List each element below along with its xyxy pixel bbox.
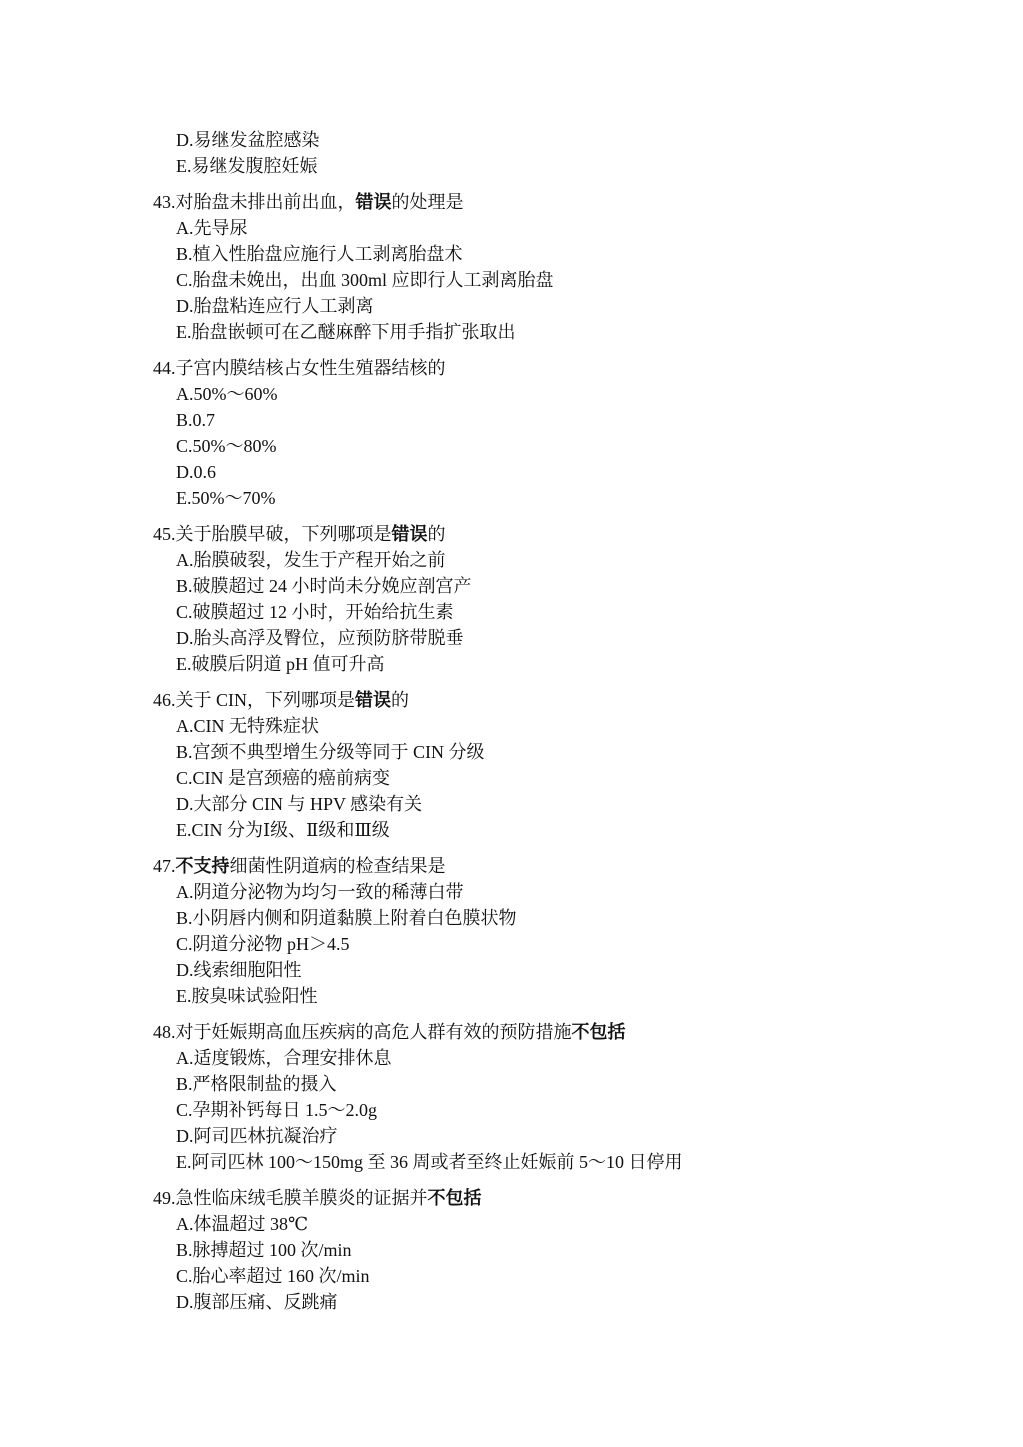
option-label: E. <box>176 820 192 840</box>
option-line: B.小阴唇内侧和阴道黏膜上附着白色膜状物 <box>153 905 913 931</box>
option-line: E.破膜后阴道 pH 值可升高 <box>153 651 913 677</box>
option-text: 体温超过 38℃ <box>194 1214 309 1234</box>
option-line: C.破膜超过 12 小时，开始给抗生素 <box>153 599 913 625</box>
question-block-48: 48.对于妊娠期高血压疾病的高危人群有效的预防措施不包括 A.适度锻炼，合理安排… <box>153 1019 913 1175</box>
option-text: 胎头高浮及臀位，应预防脐带脱垂 <box>194 628 464 648</box>
option-line: B.宫颈不典型增生分级等同于 CIN 分级 <box>153 739 913 765</box>
option-label: A. <box>176 1214 194 1234</box>
question-stem: 49.急性临床绒毛膜羊膜炎的证据并不包括 <box>153 1185 913 1211</box>
option-label: A. <box>176 1048 194 1068</box>
question-stem: 45.关于胎膜早破，下列哪项是错误的 <box>153 521 913 547</box>
option-line: B.脉搏超过 100 次/min <box>153 1237 913 1263</box>
option-line: A.50%～60% <box>153 381 913 407</box>
question-stem: 43.对胎盘未排出前出血，错误的处理是 <box>153 189 913 215</box>
option-line: D.腹部压痛、反跳痛 <box>153 1289 913 1315</box>
stem-bold-text: 不包括 <box>428 1188 482 1208</box>
option-label: A. <box>176 218 194 238</box>
option-label: D. <box>176 462 194 482</box>
option-line: C.胎盘未娩出，出血 300ml 应即行人工剥离胎盘 <box>153 267 913 293</box>
option-label: B. <box>176 244 193 264</box>
question-block-43: 43.对胎盘未排出前出血，错误的处理是 A.先导尿 B.植入性胎盘应施行人工剥离… <box>153 189 913 345</box>
option-text: 破膜超过 12 小时，开始给抗生素 <box>193 602 454 622</box>
option-line: B.植入性胎盘应施行人工剥离胎盘术 <box>153 241 913 267</box>
option-text: 腹部压痛、反跳痛 <box>194 1292 338 1312</box>
stem-text: 关于胎膜早破，下列哪项是 <box>176 524 392 544</box>
option-line: B.严格限制盐的摄入 <box>153 1071 913 1097</box>
option-text: 胎心率超过 160 次/min <box>193 1266 370 1286</box>
option-line: D.阿司匹林抗凝治疗 <box>153 1123 913 1149</box>
option-text: 破膜超过 24 小时尚未分娩应剖宫产 <box>193 576 472 596</box>
option-line: D.大部分 CIN 与 HPV 感染有关 <box>153 791 913 817</box>
stem-text: 子宫内膜结核占女性生殖器结核的 <box>176 358 446 378</box>
question-stem: 48.对于妊娠期高血压疾病的高危人群有效的预防措施不包括 <box>153 1019 913 1045</box>
option-label: E. <box>176 986 192 1006</box>
option-label: C. <box>176 270 193 290</box>
option-text: 破膜后阴道 pH 值可升高 <box>192 654 385 674</box>
option-line: C.胎心率超过 160 次/min <box>153 1263 913 1289</box>
option-label: C. <box>176 436 193 456</box>
option-label: E. <box>176 488 192 508</box>
stem-bold-text: 不支持 <box>176 856 230 876</box>
option-text: CIN 无特殊症状 <box>194 716 320 736</box>
option-label: E. <box>176 1152 192 1172</box>
option-line: A.胎膜破裂，发生于产程开始之前 <box>153 547 913 573</box>
option-label: D. <box>176 794 194 814</box>
question-number: 47. <box>153 856 176 876</box>
option-label: A. <box>176 550 194 570</box>
option-label: B. <box>176 908 193 928</box>
option-text: CIN 分为Ⅰ级、Ⅱ级和Ⅲ级 <box>192 820 390 840</box>
option-text: 脉搏超过 100 次/min <box>193 1240 352 1260</box>
question-block-47: 47.不支持细菌性阴道病的检查结果是 A.阴道分泌物为均匀一致的稀薄白带 B.小… <box>153 853 913 1009</box>
option-line: C.孕期补钙每日 1.5～2.0g <box>153 1097 913 1123</box>
option-line: B.0.7 <box>153 407 913 433</box>
option-label: B. <box>176 410 193 430</box>
option-label: A. <box>176 882 194 902</box>
option-text: 适度锻炼，合理安排休息 <box>194 1048 392 1068</box>
option-label: D. <box>176 1126 194 1146</box>
leading-options-block: D.易继发盆腔感染 E.易继发腹腔妊娠 <box>153 127 913 179</box>
option-label: A. <box>176 716 194 736</box>
question-block-45: 45.关于胎膜早破，下列哪项是错误的 A.胎膜破裂，发生于产程开始之前 B.破膜… <box>153 521 913 677</box>
option-text: 大部分 CIN 与 HPV 感染有关 <box>194 794 423 814</box>
option-line: D.线索细胞阳性 <box>153 957 913 983</box>
option-text: 阴道分泌物 pH＞4.5 <box>193 934 350 954</box>
option-text: 植入性胎盘应施行人工剥离胎盘术 <box>193 244 463 264</box>
option-label: A. <box>176 384 194 404</box>
option-line: B.破膜超过 24 小时尚未分娩应剖宫产 <box>153 573 913 599</box>
option-text: 宫颈不典型增生分级等同于 CIN 分级 <box>193 742 485 762</box>
option-label: D. <box>176 130 194 150</box>
option-text: 50%～80% <box>193 436 277 456</box>
option-line: D.0.6 <box>153 459 913 485</box>
option-line: A.CIN 无特殊症状 <box>153 713 913 739</box>
option-line: E.胎盘嵌顿可在乙醚麻醉下用手指扩张取出 <box>153 319 913 345</box>
option-line: E.CIN 分为Ⅰ级、Ⅱ级和Ⅲ级 <box>153 817 913 843</box>
option-label: C. <box>176 768 193 788</box>
question-number: 46. <box>153 690 176 710</box>
option-line: E.胺臭味试验阳性 <box>153 983 913 1009</box>
option-line: E.易继发腹腔妊娠 <box>153 153 913 179</box>
stem-text: 的 <box>428 524 446 544</box>
exam-page: D.易继发盆腔感染 E.易继发腹腔妊娠 43.对胎盘未排出前出血，错误的处理是 … <box>153 127 913 1315</box>
option-text: 50%～70% <box>192 488 276 508</box>
option-line: D.易继发盆腔感染 <box>153 127 913 153</box>
option-line: E.50%～70% <box>153 485 913 511</box>
option-label: C. <box>176 1266 193 1286</box>
option-label: D. <box>176 296 194 316</box>
question-stem: 47.不支持细菌性阴道病的检查结果是 <box>153 853 913 879</box>
option-line: D.胎盘粘连应行人工剥离 <box>153 293 913 319</box>
option-text: 先导尿 <box>194 218 248 238</box>
option-text: CIN 是宫颈癌的癌前病变 <box>193 768 391 788</box>
question-number: 44. <box>153 358 176 378</box>
option-label: C. <box>176 1100 193 1120</box>
option-label: E. <box>176 156 192 176</box>
question-block-44: 44.子宫内膜结核占女性生殖器结核的 A.50%～60% B.0.7 C.50%… <box>153 355 913 511</box>
option-text: 0.6 <box>194 462 217 482</box>
option-label: E. <box>176 322 192 342</box>
stem-bold-text: 错误 <box>355 690 391 710</box>
option-line: C.CIN 是宫颈癌的癌前病变 <box>153 765 913 791</box>
option-text: 线索细胞阳性 <box>194 960 302 980</box>
stem-text: 的处理是 <box>392 192 464 212</box>
option-label: D. <box>176 960 194 980</box>
question-number: 43. <box>153 192 176 212</box>
question-block-46: 46.关于 CIN，下列哪项是错误的 A.CIN 无特殊症状 B.宫颈不典型增生… <box>153 687 913 843</box>
option-line: A.体温超过 38℃ <box>153 1211 913 1237</box>
option-line: A.阴道分泌物为均匀一致的稀薄白带 <box>153 879 913 905</box>
question-number: 48. <box>153 1022 176 1042</box>
option-text: 易继发腹腔妊娠 <box>192 156 318 176</box>
stem-text: 关于 CIN，下列哪项是 <box>176 690 356 710</box>
option-text: 孕期补钙每日 1.5～2.0g <box>193 1100 378 1120</box>
option-line: A.先导尿 <box>153 215 913 241</box>
question-number: 49. <box>153 1188 176 1208</box>
option-text: 易继发盆腔感染 <box>194 130 320 150</box>
stem-bold-text: 错误 <box>356 192 392 212</box>
option-label: B. <box>176 1240 193 1260</box>
option-line: A.适度锻炼，合理安排休息 <box>153 1045 913 1071</box>
option-label: B. <box>176 576 193 596</box>
option-line: E.阿司匹林 100～150mg 至 36 周或者至终止妊娠前 5～10 日停用 <box>153 1149 913 1175</box>
stem-bold-text: 不包括 <box>572 1022 626 1042</box>
option-line: D.胎头高浮及臀位，应预防脐带脱垂 <box>153 625 913 651</box>
option-text: 0.7 <box>193 410 216 430</box>
question-stem: 44.子宫内膜结核占女性生殖器结核的 <box>153 355 913 381</box>
option-text: 阿司匹林抗凝治疗 <box>194 1126 338 1146</box>
option-label: B. <box>176 1074 193 1094</box>
option-text: 胎膜破裂，发生于产程开始之前 <box>194 550 446 570</box>
option-text: 胎盘嵌顿可在乙醚麻醉下用手指扩张取出 <box>192 322 516 342</box>
option-label: C. <box>176 602 193 622</box>
option-line: C.50%～80% <box>153 433 913 459</box>
option-text: 严格限制盐的摄入 <box>193 1074 337 1094</box>
option-text: 胺臭味试验阳性 <box>192 986 318 1006</box>
option-text: 胎盘未娩出，出血 300ml 应即行人工剥离胎盘 <box>193 270 554 290</box>
option-line: C.阴道分泌物 pH＞4.5 <box>153 931 913 957</box>
question-stem: 46.关于 CIN，下列哪项是错误的 <box>153 687 913 713</box>
option-text: 阿司匹林 100～150mg 至 36 周或者至终止妊娠前 5～10 日停用 <box>192 1152 683 1172</box>
stem-text: 急性临床绒毛膜羊膜炎的证据并 <box>176 1188 428 1208</box>
option-label: C. <box>176 934 193 954</box>
option-text: 胎盘粘连应行人工剥离 <box>194 296 374 316</box>
stem-text: 的 <box>391 690 409 710</box>
stem-text: 对于妊娠期高血压疾病的高危人群有效的预防措施 <box>176 1022 572 1042</box>
question-block-49: 49.急性临床绒毛膜羊膜炎的证据并不包括 A.体温超过 38℃ B.脉搏超过 1… <box>153 1185 913 1315</box>
option-text: 小阴唇内侧和阴道黏膜上附着白色膜状物 <box>193 908 517 928</box>
question-number: 45. <box>153 524 176 544</box>
option-text: 阴道分泌物为均匀一致的稀薄白带 <box>194 882 464 902</box>
option-text: 50%～60% <box>194 384 278 404</box>
option-label: D. <box>176 628 194 648</box>
stem-text: 细菌性阴道病的检查结果是 <box>230 856 446 876</box>
option-label: D. <box>176 1292 194 1312</box>
stem-text: 对胎盘未排出前出血， <box>176 192 356 212</box>
stem-bold-text: 错误 <box>392 524 428 544</box>
option-label: E. <box>176 654 192 674</box>
option-label: B. <box>176 742 193 762</box>
